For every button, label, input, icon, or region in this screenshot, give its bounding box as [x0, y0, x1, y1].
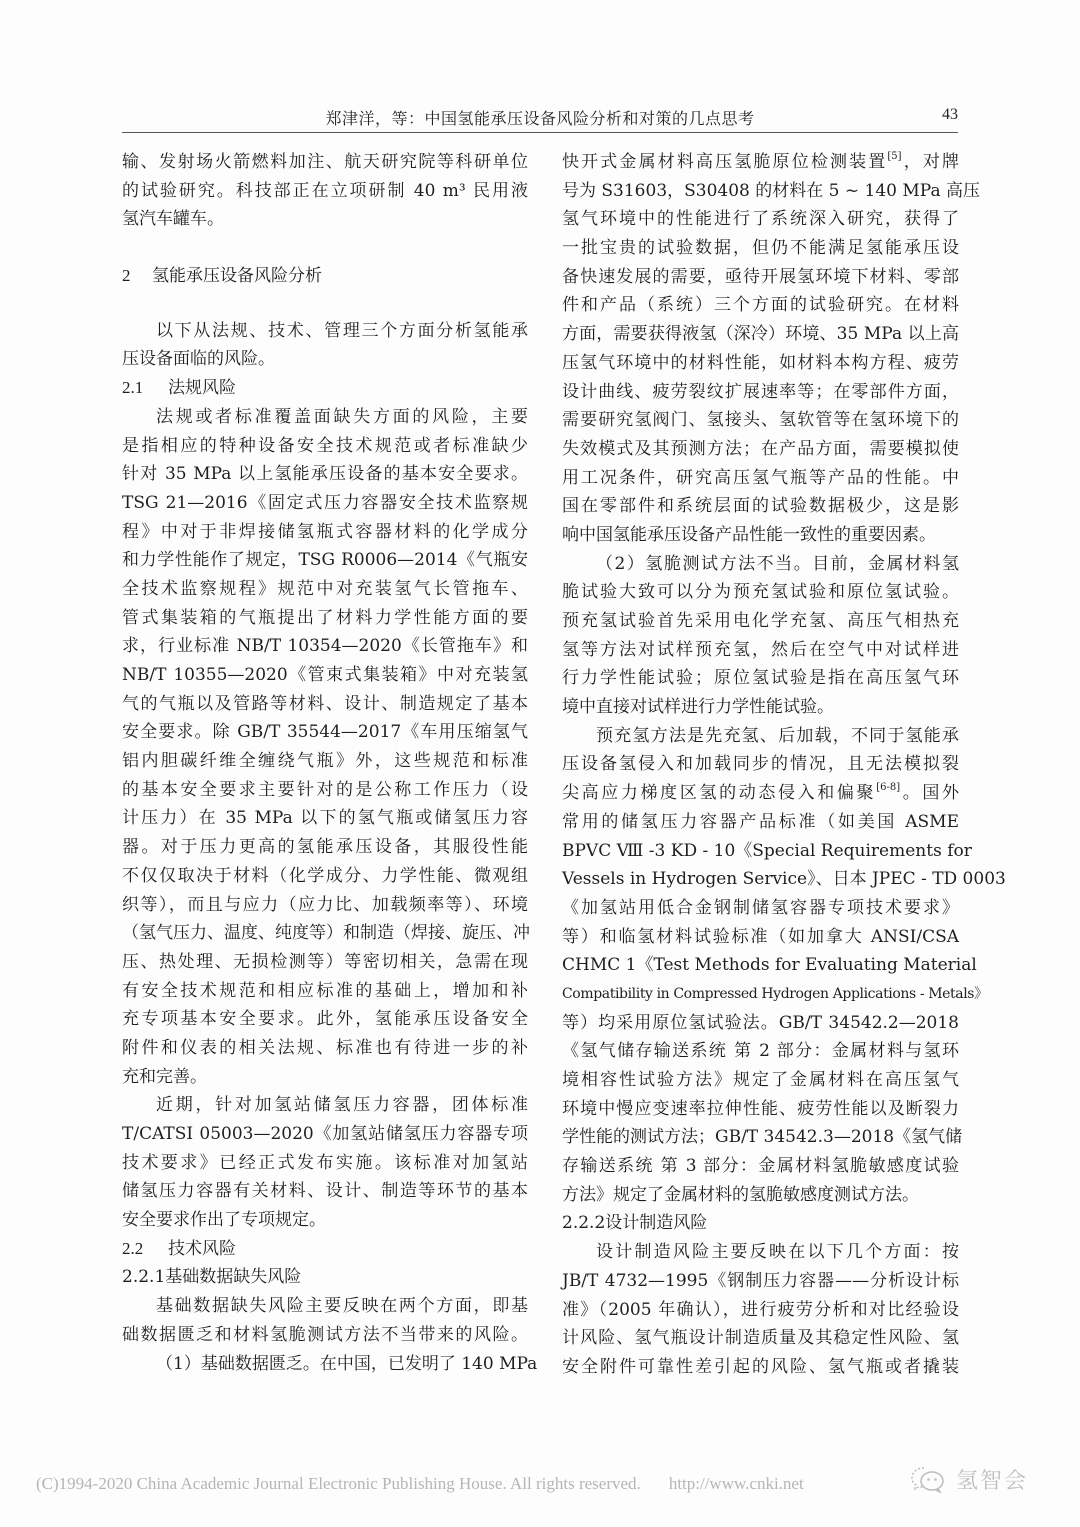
text-line: 用工况条件，研究高压氢气瓶等产品的性能。中: [562, 464, 959, 493]
text-line: 铝内胆碳纤维全缠绕气瓶》外，这些规范和标准: [122, 747, 528, 776]
cnki-url: http://www.cnki.net: [669, 1474, 804, 1493]
text-line: 失效模式及其预测方法；在产品方面，需要模拟使: [562, 435, 959, 464]
section-heading-2-2-2: 2.2.2设计制造风险: [562, 1209, 959, 1238]
text-line: 设计制造风险主要反映在以下几个方面：按: [562, 1238, 959, 1267]
text-line: 计风险、氢气瓶设计制造质量及其稳定性风险、氢: [562, 1324, 959, 1353]
text-line: 是指相应的特种设备安全技术规范或者标准缺少: [122, 432, 528, 461]
text-line: 压氢气环境中的材料性能，如材料本构方程、疲劳: [562, 349, 959, 378]
text-span: 快开式金属材料高压氢脆原位检测装置: [562, 152, 887, 172]
text-line: 器。对于压力更高的氢能承压设备，其服役性能: [122, 833, 528, 862]
right-column: 快开式金属材料高压氢脆原位检测装置[5]，对牌 号为 S31603，S30408…: [562, 148, 959, 1382]
text-line: 号为 S31603，S30408 的材料在 5 ~ 140 MPa 高压: [562, 177, 959, 206]
text-line: 的试验研究。科技部正在立项研制 40 m³ 民用液: [122, 177, 528, 206]
text-line: 计压力）在 35 MPa 以下的氢气瓶或储氢压力容: [122, 804, 528, 833]
section-number: 2.2.2: [562, 1213, 605, 1233]
text-line: 快开式金属材料高压氢脆原位检测装置[5]，对牌: [562, 148, 959, 177]
text-line: 有安全技术规范和相应标准的基础上，增加和补: [122, 977, 528, 1006]
text-line: 安全附件可靠性差引起的风险、氢气瓶或者撬装: [562, 1353, 959, 1382]
text-line: 学性能的测试方法；GB/T 34542.3—2018《氢气储: [562, 1123, 959, 1152]
text-line: NB/T 10355—2020《管束式集装箱》中对充装氢: [122, 661, 528, 690]
text-line: 行力学性能试验；原位氢试验是指在高压氢气环: [562, 664, 959, 693]
text-line: 织等），而且与应力（应力比、加载频率等）、环境: [122, 891, 528, 920]
text-line: 常用的储氢压力容器产品标准（如美国 ASME: [562, 808, 959, 837]
text-line: TSG 21—2016《固定式压力容器安全技术监察规: [122, 489, 528, 518]
text-line: 安全要求作出了专项规定。: [122, 1206, 528, 1235]
text-line: 充和完善。: [122, 1063, 528, 1092]
text-line: 设计曲线、疲劳裂纹扩展速率等；在零部件方面，: [562, 378, 959, 407]
text-span: 。国外: [900, 783, 959, 803]
section-heading-2: 2氢能承压设备风险分析: [122, 262, 528, 291]
text-line: 基础数据缺失风险主要反映在两个方面，即基: [122, 1292, 528, 1321]
text-line: 压设备氢侵入和加载同步的情况，且无法模拟裂: [562, 750, 959, 779]
section-number: 2: [122, 262, 152, 291]
citation-ref: [6-8]: [876, 782, 900, 793]
left-column: 输、发射场火箭燃料加注、航天研究院等科研单位 的试验研究。科技部正在立项研制 4…: [122, 148, 528, 1378]
text-line: 国在零部件和系统层面的试验数据极少，这是影: [562, 492, 959, 521]
text-line: Vessels in Hydrogen Service》、日本 JPEC - T…: [562, 865, 959, 894]
text-line: 氢汽车罐车。: [122, 205, 528, 234]
text-line: 础数据匮乏和材料氢脆测试方法不当带来的风险。: [122, 1321, 528, 1350]
text-line: 近期，针对加氢站储氢压力容器，团体标准: [122, 1091, 528, 1120]
text-span: 尖高应力梯度区氢的动态侵入和偏聚: [562, 783, 876, 803]
text-line: JB/T 4732—1995《钢制压力容器——分析设计标: [562, 1267, 959, 1296]
text-line: 备快速发展的需要，亟待开展氢环境下材料、零部: [562, 263, 959, 292]
text-line: 的基本安全要求主要针对的是公称工作压力（设: [122, 776, 528, 805]
text-line: 不仅仅取决于材料（化学成分、力学性能、微观组: [122, 862, 528, 891]
text-line: 方法》规定了金属材料的氢脆敏感度测试方法。: [562, 1181, 959, 1210]
text-line: 充专项基本安全要求。此外，氢能承压设备安全: [122, 1005, 528, 1034]
citation-ref: [5]: [887, 151, 901, 162]
text-line: T/CATSI 05003—2020《加氢站储氢压力容器专项: [122, 1120, 528, 1149]
text-line: 法规或者标准覆盖面缺失方面的风险，主要: [122, 403, 528, 432]
text-line: 存输送系统 第 3 部分：金属材料氢脆敏感度试验: [562, 1152, 959, 1181]
section-number: 2.2.1: [122, 1267, 165, 1287]
text-line: 响中国氢能承压设备产品性能一致性的重要因素。: [562, 521, 959, 550]
text-line: CHMC 1《Test Methods for Evaluating Mater…: [562, 951, 959, 980]
text-line: 预充氢方法是先充氢、后加载，不同于氢能承: [562, 722, 959, 751]
text-line: 氢等方法对试样预充氢，然后在空气中对试样进: [562, 636, 959, 665]
text-line: 脆试验大致可以分为预充氢试验和原位氢试验。: [562, 578, 959, 607]
text-line: 技术要求》已经正式发布实施。该标准对加氢站: [122, 1149, 528, 1178]
text-line: 以下从法规、技术、管理三个方面分析氢能承: [122, 317, 528, 346]
section-title: 法规风险: [168, 378, 236, 398]
text-line: 境相容性试验方法》规定了金属材料在高压氢气: [562, 1066, 959, 1095]
text-line: （1）基础数据匮乏。在中国，已发明了 140 MPa: [122, 1350, 528, 1379]
page-number: 43: [942, 106, 958, 124]
section-heading-2-2-1: 2.2.1基础数据缺失风险: [122, 1263, 528, 1292]
text-line: 针对 35 MPa 以上氢能承压设备的基本安全要求。: [122, 460, 528, 489]
text-line: 一批宝贵的试验数据，但仍不能满足氢能承压设: [562, 234, 959, 263]
text-line: 环境中慢应变速率拉伸性能、疲劳性能以及断裂力: [562, 1095, 959, 1124]
text-line: 安全要求。除 GB/T 35544—2017《车用压缩氢气: [122, 718, 528, 747]
text-line: 压、热处理、无损检测等）等密切相关，急需在现: [122, 948, 528, 977]
text-line: （氢气压力、温度、纯度等）和制造（焊接、旋压、冲: [122, 919, 528, 948]
text-line: Compatibility in Compressed Hydrogen App…: [562, 980, 959, 1009]
text-line: 尖高应力梯度区氢的动态侵入和偏聚[6-8]。国外: [562, 779, 959, 808]
wechat-watermark: 氢智会: [910, 1462, 1028, 1496]
text-line: 境中直接对试样进行力学性能试验。: [562, 693, 959, 722]
running-header: 郑津洋，等：中国氢能承压设备风险分析和对策的几点思考 43: [122, 104, 958, 133]
text-line: 需要研究氢阀门、氢接头、氢软管等在氢环境下的: [562, 406, 959, 435]
text-line: 压设备面临的风险。: [122, 345, 528, 374]
text-line: BPVC Ⅷ -3 KD - 10《Special Requirements f…: [562, 837, 959, 866]
copyright-footer: (C)1994-2020 China Academic Journal Elec…: [36, 1474, 804, 1494]
section-number: 2.2: [122, 1235, 168, 1264]
watermark-label: 氢智会: [956, 1464, 1028, 1495]
text-line: 《加氢站用低合金钢制储氢容器专项技术要求》: [562, 894, 959, 923]
text-line: 氢气环境中的性能进行了系统深入研究，获得了: [562, 205, 959, 234]
section-heading-2-1: 2.1法规风险: [122, 374, 528, 403]
text-line: 件和产品（系统）三个方面的试验研究。在材料: [562, 291, 959, 320]
text-line: 《氢气储存输送系统 第 2 部分：金属材料与氢环: [562, 1037, 959, 1066]
copyright-text: (C)1994-2020 China Academic Journal Elec…: [36, 1474, 641, 1493]
wechat-icon: [910, 1464, 946, 1494]
text-span: ，对牌: [902, 152, 959, 172]
text-line: 全技术监察规程》规范中对充装氢气长管拖车、: [122, 575, 528, 604]
section-heading-2-2: 2.2技术风险: [122, 1235, 528, 1264]
text-line: 等）均采用原位氢试验法。GB/T 34542.2—2018: [562, 1009, 959, 1038]
text-line: 储氢压力容器有关材料、设计、制造等环节的基本: [122, 1177, 528, 1206]
text-line: 预充氢试验首先采用电化学充氢、高压气相热充: [562, 607, 959, 636]
text-line: 准》（2005 年确认），进行疲劳分析和对比经验设: [562, 1296, 959, 1325]
text-line: 输、发射场火箭燃料加注、航天研究院等科研单位: [122, 148, 528, 177]
running-title: 郑津洋，等：中国氢能承压设备风险分析和对策的几点思考: [122, 106, 958, 129]
text-line: （2）氢脆测试方法不当。目前，金属材料氢: [562, 550, 959, 579]
text-line: 等）和临氢材料试验标准（如加拿大 ANSI/CSA: [562, 923, 959, 952]
section-title: 氢能承压设备风险分析: [152, 266, 322, 286]
text-line: 附件和仪表的相关法规、标准也有待进一步的补: [122, 1034, 528, 1063]
section-title: 技术风险: [168, 1239, 236, 1259]
text-line: 程》中对于非焊接储氢瓶式容器材料的化学成分: [122, 518, 528, 547]
text-line: 求，行业标准 NB/T 10354—2020《长管拖车》和: [122, 632, 528, 661]
text-line: 方面，需要获得液氢（深冷）环境、35 MPa 以上高: [562, 320, 959, 349]
text-line: 和力学性能作了规定，TSG R0006—2014《气瓶安: [122, 546, 528, 575]
section-title: 基础数据缺失风险: [165, 1267, 301, 1287]
text-line: 气的气瓶以及管路等材料、设计、制造规定了基本: [122, 690, 528, 719]
section-number: 2.1: [122, 374, 168, 403]
section-title: 设计制造风险: [605, 1213, 707, 1233]
text-line: 管式集装箱的气瓶提出了材料力学性能方面的要: [122, 604, 528, 633]
